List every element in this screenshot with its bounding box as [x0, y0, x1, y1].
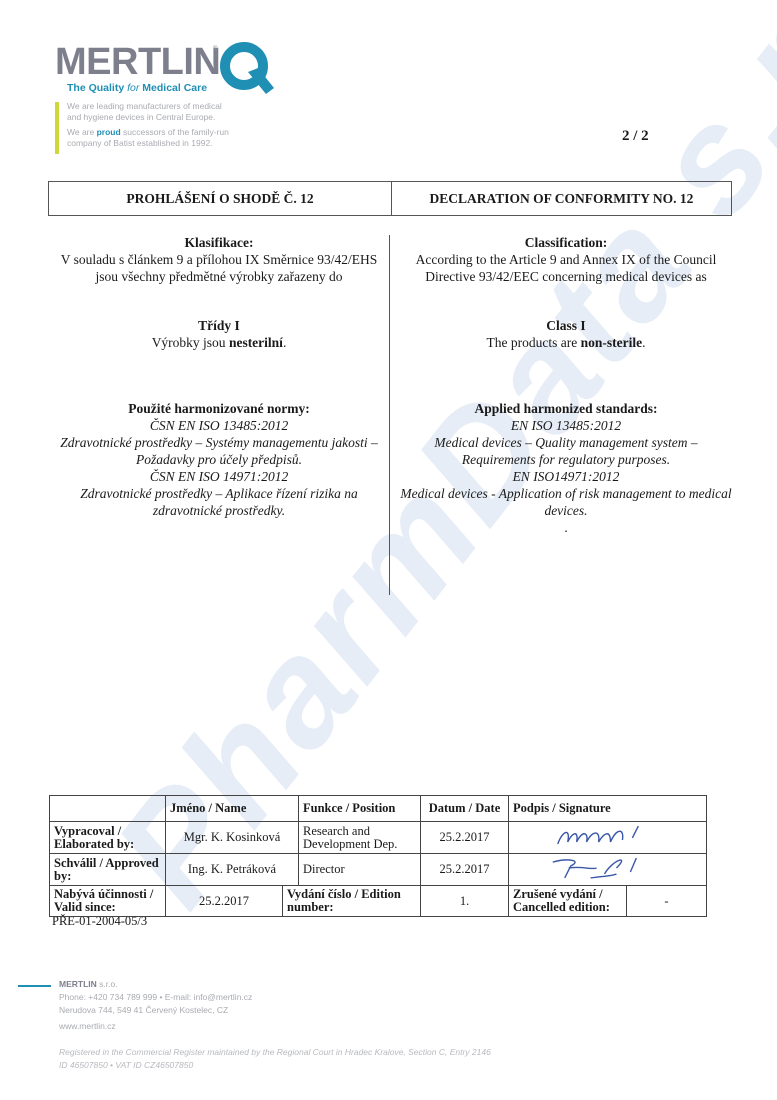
header-position: Funkce / Position — [299, 796, 421, 822]
footer-website-link[interactable]: www.mertlin.cz — [59, 1020, 252, 1033]
signature-icon — [513, 854, 702, 882]
valid-since-label: Nabývá účinnosti / Valid since: — [50, 886, 166, 917]
cancelled-edition-label: Zrušené vydání / Cancelled edition: — [509, 886, 627, 917]
logo-description: We are leading manufacturers of medicala… — [67, 101, 229, 153]
edition-value: 1. — [421, 886, 509, 917]
header-title-english: DECLARATION OF CONFORMITY NO. 12 — [392, 182, 731, 215]
footer-address: Nerudova 744, 549 41 Červený Kostelec, C… — [59, 1004, 252, 1017]
column-divider — [389, 235, 390, 595]
row-name: Ing. K. Petráková — [166, 854, 299, 886]
registered-mark: ® — [213, 46, 217, 52]
classification-english: Classification: According to the Article… — [400, 234, 732, 285]
table-footer-row: Nabývá účinnosti / Valid since: 25.2.201… — [50, 886, 707, 917]
approval-table: Jméno / Name Funkce / Position Datum / D… — [49, 795, 707, 917]
table-row: Schválil / Approved by: Ing. K. Petrákov… — [50, 854, 707, 886]
footer-contact: MERTLIN s.r.o. Phone: +420 734 789 999 •… — [59, 978, 252, 1033]
row-date: 25.2.2017 — [421, 822, 509, 854]
logo-wordmark: MERTLIN — [55, 43, 220, 81]
cancelled-edition-value: - — [627, 886, 707, 917]
valid-since-value: 25.2.2017 — [166, 886, 283, 917]
signature-cell — [509, 854, 707, 886]
logo-q-icon — [218, 40, 276, 98]
signature-icon — [513, 822, 702, 850]
header-title-czech: PROHLÁŠENÍ O SHODĚ Č. 12 — [49, 182, 392, 215]
standards-czech: Použité harmonizované normy: ČSN EN ISO … — [55, 400, 383, 519]
declaration-header: PROHLÁŠENÍ O SHODĚ Č. 12 DECLARATION OF … — [48, 181, 732, 216]
classification-czech: Klasifikace: V souladu s článkem 9 a pří… — [55, 234, 383, 285]
row-label: Schválil / Approved by: — [50, 854, 166, 886]
class-english: Class I The products are non-sterile. — [400, 317, 732, 351]
class-czech: Třídy I Výrobky jsou nesterilní. — [55, 317, 383, 351]
logo-tagline: The Quality for Medical Care — [67, 82, 207, 94]
row-position: Research and Development Dep. — [299, 822, 421, 854]
header-date: Datum / Date — [421, 796, 509, 822]
table-row: Vypracoval / Elaborated by: Mgr. K. Kosi… — [50, 822, 707, 854]
table-header-row: Jméno / Name Funkce / Position Datum / D… — [50, 796, 707, 822]
signature-cell — [509, 822, 707, 854]
row-date: 25.2.2017 — [421, 854, 509, 886]
standards-english: Applied harmonized standards: EN ISO 134… — [400, 400, 732, 536]
footer-accent-line — [18, 985, 51, 987]
header-signature: Podpis / Signature — [509, 796, 707, 822]
page-number: 2 / 2 — [622, 128, 649, 145]
footer-registration: Registered in the Commercial Register ma… — [59, 1046, 491, 1072]
row-position: Director — [299, 854, 421, 886]
logo-accent-bar — [55, 102, 59, 154]
edition-label: Vydání číslo / Edition number: — [283, 886, 421, 917]
row-name: Mgr. K. Kosinková — [166, 822, 299, 854]
header-name: Jméno / Name — [166, 796, 299, 822]
row-label: Vypracoval / Elaborated by: — [50, 822, 166, 854]
footer-phone-email: Phone: +420 734 789 999 • E-mail: info@m… — [59, 991, 252, 1004]
